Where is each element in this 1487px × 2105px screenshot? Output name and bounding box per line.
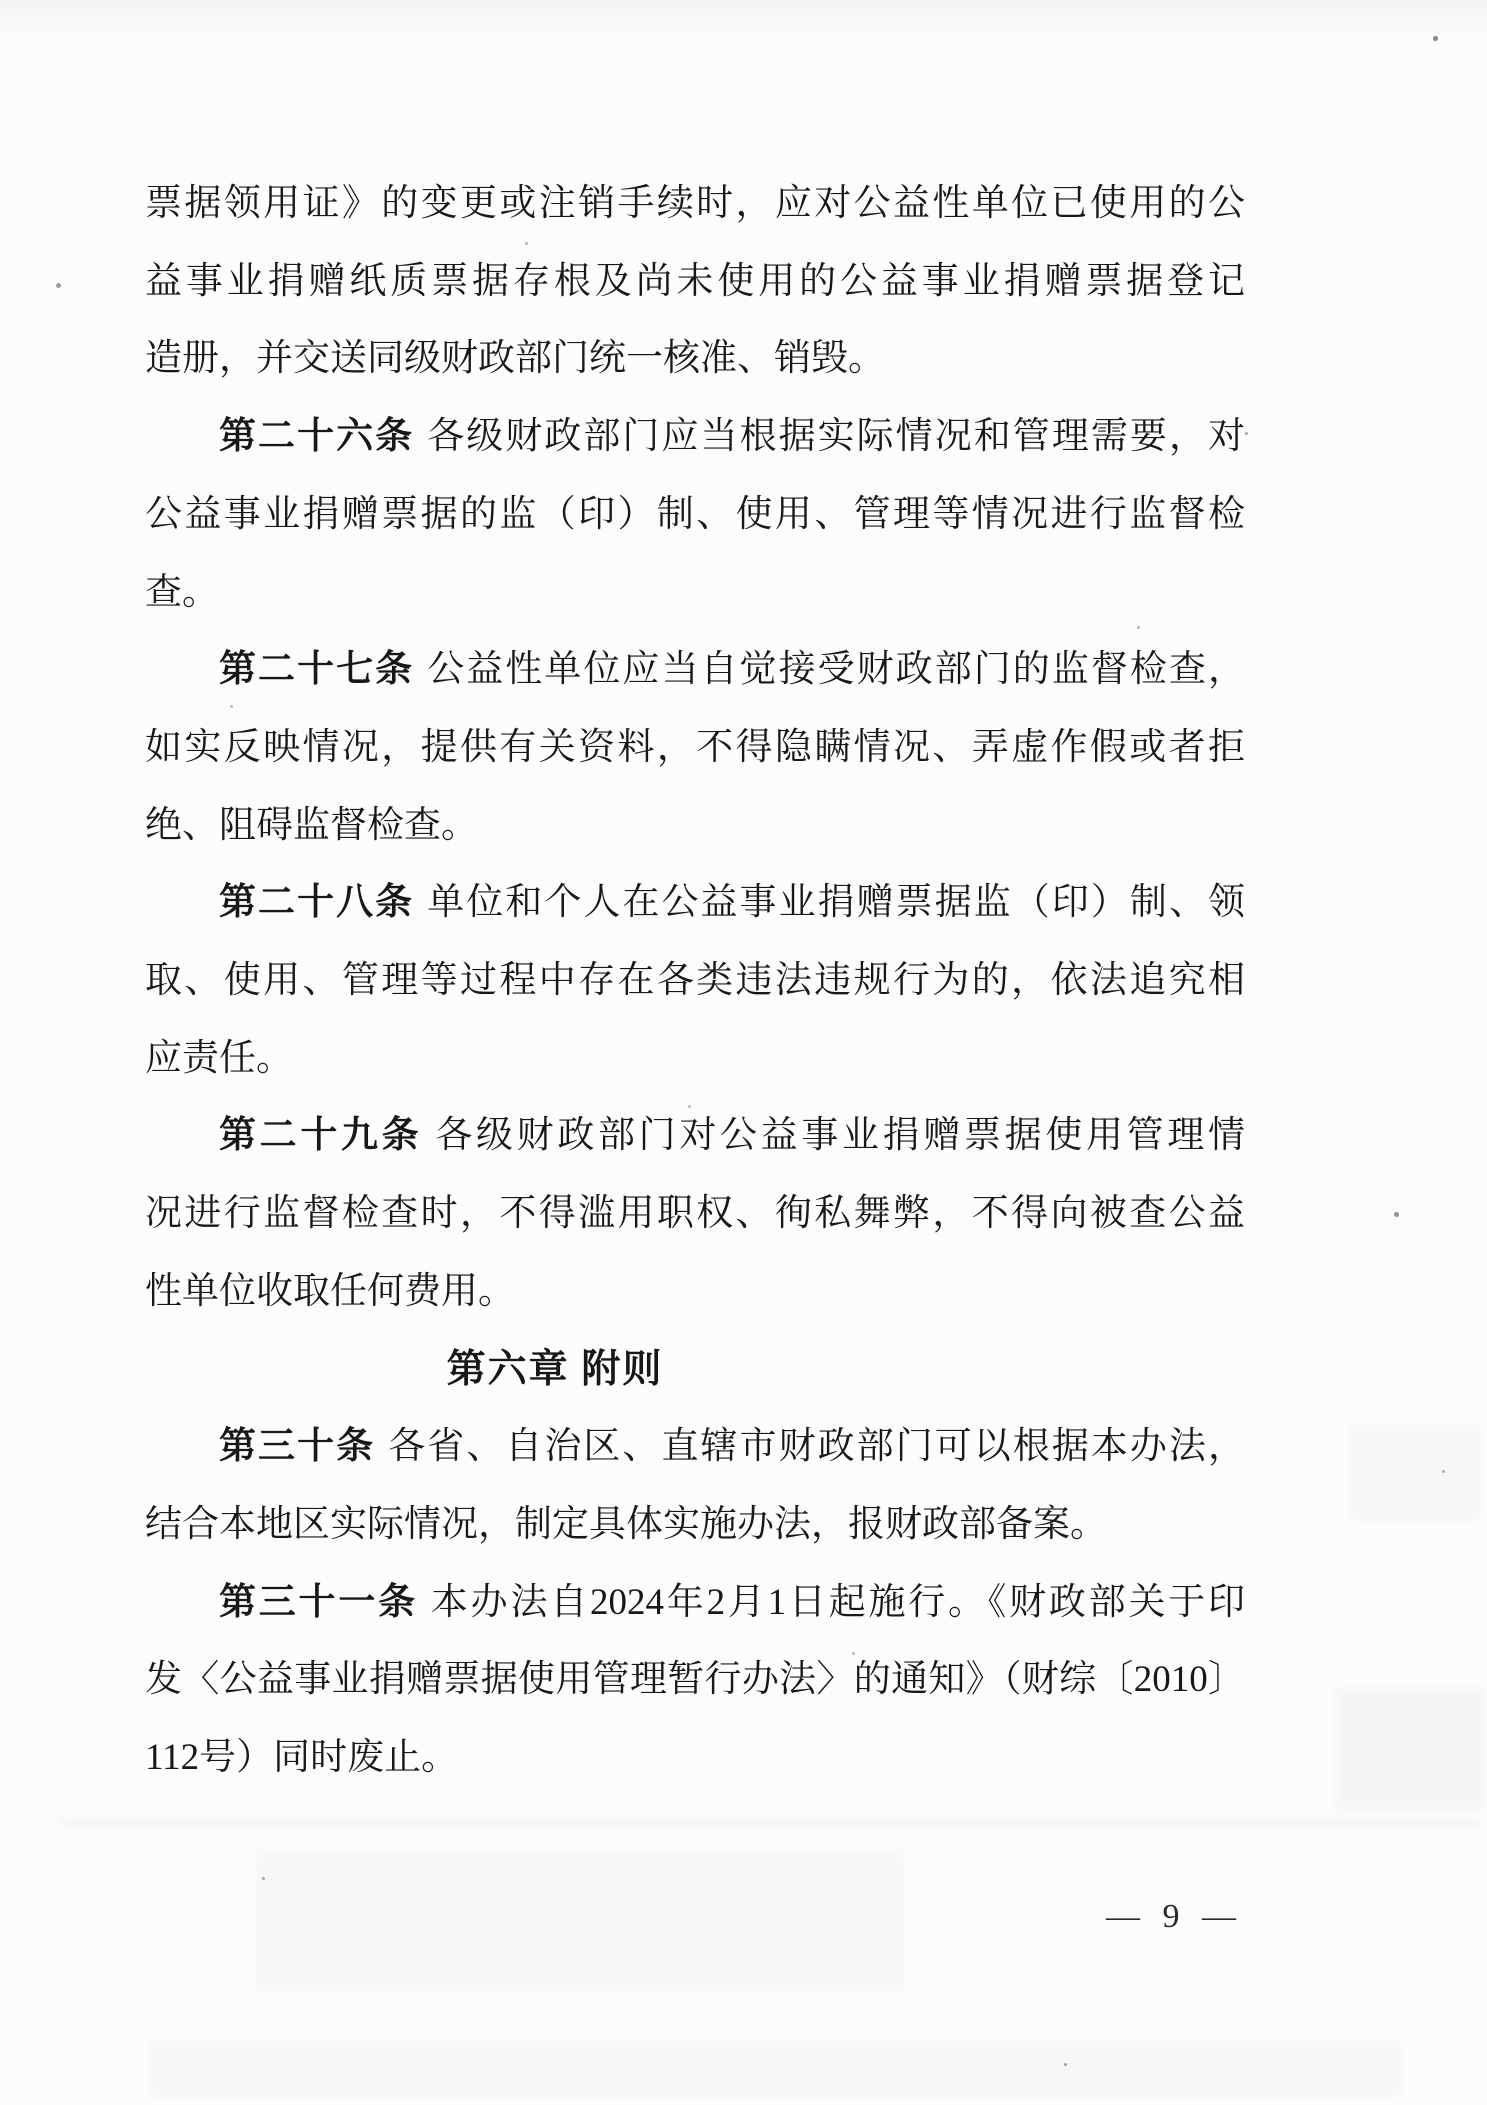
bleed-through-ghost	[150, 2042, 1400, 2097]
body-line: 况进行监督检查时，不得滥用职权、徇私舞弊，不得向被查公益	[145, 1175, 1245, 1253]
page-number: — 9 —	[1106, 1898, 1243, 1936]
article-number: 第二十七条	[219, 649, 414, 690]
body-line: 如实反映情况，提供有关资料，不得隐瞒情况、弄虚作假或者拒	[145, 709, 1245, 787]
article-first-line-text: 单位和个人在公益事业捐赠票据监（印）制、领	[427, 882, 1245, 923]
bleed-through-ghost	[1335, 1688, 1485, 1810]
article-number: 第二十六条	[219, 416, 414, 457]
text-block: 票据领用证》的变更或注销手续时，应对公益性单位已使用的公 益事业捐赠纸质票据存根…	[145, 165, 1245, 1797]
scan-specks	[0, 0, 3, 3]
article-26-paragraph: 第二十六条各级财政部门应当根据实际情况和管理需要，对 公益事业捐赠票据的监（印）…	[145, 398, 1245, 631]
article-28-paragraph: 第二十八条单位和个人在公益事业捐赠票据监（印）制、领 取、使用、管理等过程中存在…	[145, 864, 1245, 1097]
article-number: 第二十八条	[219, 882, 414, 923]
article-31-paragraph: 第三十一条本办法自2024年2月1日起施行。《财政部关于印 发〈公益事业捐赠票据…	[145, 1564, 1245, 1797]
bleed-through-ghost	[255, 1852, 905, 1992]
body-line: 造册，并交送同级财政部门统一核准、销毁。	[145, 320, 1245, 398]
body-line: 取、使用、管理等过程中存在各类违法违规行为的，依法追究相	[145, 942, 1245, 1020]
article-first-line-text: 本办法自2024年2月1日起施行。《财政部关于印	[431, 1582, 1245, 1623]
article-number: 第三十一条	[219, 1582, 418, 1623]
body-line: 第二十六条各级财政部门应当根据实际情况和管理需要，对	[145, 398, 1245, 476]
body-line: 第二十七条公益性单位应当自觉接受财政部门的监督检查，	[145, 631, 1245, 709]
body-line: 第二十九条各级财政部门对公益事业捐赠票据使用管理情	[145, 1097, 1245, 1175]
body-line: 结合本地区实际情况，制定具体实施办法，报财政部备案。	[145, 1486, 1245, 1564]
body-line: 112号）同时废止。	[145, 1719, 1245, 1797]
chapter-heading-text: 第六章 附则	[447, 1348, 664, 1391]
body-line: 第三十一条本办法自2024年2月1日起施行。《财政部关于印	[145, 1564, 1245, 1642]
body-line: 发〈公益事业捐赠票据使用管理暂行办法〉的通知》（财综〔2010〕	[145, 1641, 1245, 1719]
body-line: 性单位收取任何费用。	[145, 1253, 1245, 1331]
body-line: 益事业捐赠纸质票据存根及尚未使用的公益事业捐赠票据登记	[145, 243, 1245, 321]
body-line: 第三十条各省、自治区、直辖市财政部门可以根据本办法，	[145, 1408, 1245, 1486]
article-first-line-text: 各级财政部门应当根据实际情况和管理需要，对	[427, 416, 1245, 457]
article-first-line-text: 各省、自治区、直辖市财政部门可以根据本办法，	[388, 1426, 1245, 1467]
bleed-through-ghost	[1350, 1425, 1480, 1520]
chapter-6-heading: 第六章 附则	[145, 1331, 1245, 1409]
body-line: 票据领用证》的变更或注销手续时，应对公益性单位已使用的公	[145, 165, 1245, 243]
article-first-line-text: 各级财政部门对公益事业捐赠票据使用管理情	[435, 1115, 1245, 1156]
bleed-through-ghost	[60, 1820, 1480, 1827]
body-line: 应责任。	[145, 1020, 1245, 1098]
body-line: 公益事业捐赠票据的监（印）制、使用、管理等情况进行监督检	[145, 476, 1245, 554]
article-first-line-text: 公益性单位应当自觉接受财政部门的监督检查，	[427, 649, 1245, 690]
article-number: 第二十九条	[219, 1115, 422, 1156]
article-29-paragraph: 第二十九条各级财政部门对公益事业捐赠票据使用管理情 况进行监督检查时，不得滥用职…	[145, 1097, 1245, 1330]
article-number: 第三十条	[219, 1426, 375, 1467]
body-line: 绝、阻碍监督检查。	[145, 787, 1245, 865]
article-30-paragraph: 第三十条各省、自治区、直辖市财政部门可以根据本办法， 结合本地区实际情况，制定具…	[145, 1408, 1245, 1563]
paragraph-continuation: 票据领用证》的变更或注销手续时，应对公益性单位已使用的公 益事业捐赠纸质票据存根…	[145, 165, 1245, 398]
document-page: 票据领用证》的变更或注销手续时，应对公益性单位已使用的公 益事业捐赠纸质票据存根…	[0, 0, 1487, 2105]
article-27-paragraph: 第二十七条公益性单位应当自觉接受财政部门的监督检查， 如实反映情况，提供有关资料…	[145, 631, 1245, 864]
body-line: 第二十八条单位和个人在公益事业捐赠票据监（印）制、领	[145, 864, 1245, 942]
body-line: 查。	[145, 554, 1245, 632]
